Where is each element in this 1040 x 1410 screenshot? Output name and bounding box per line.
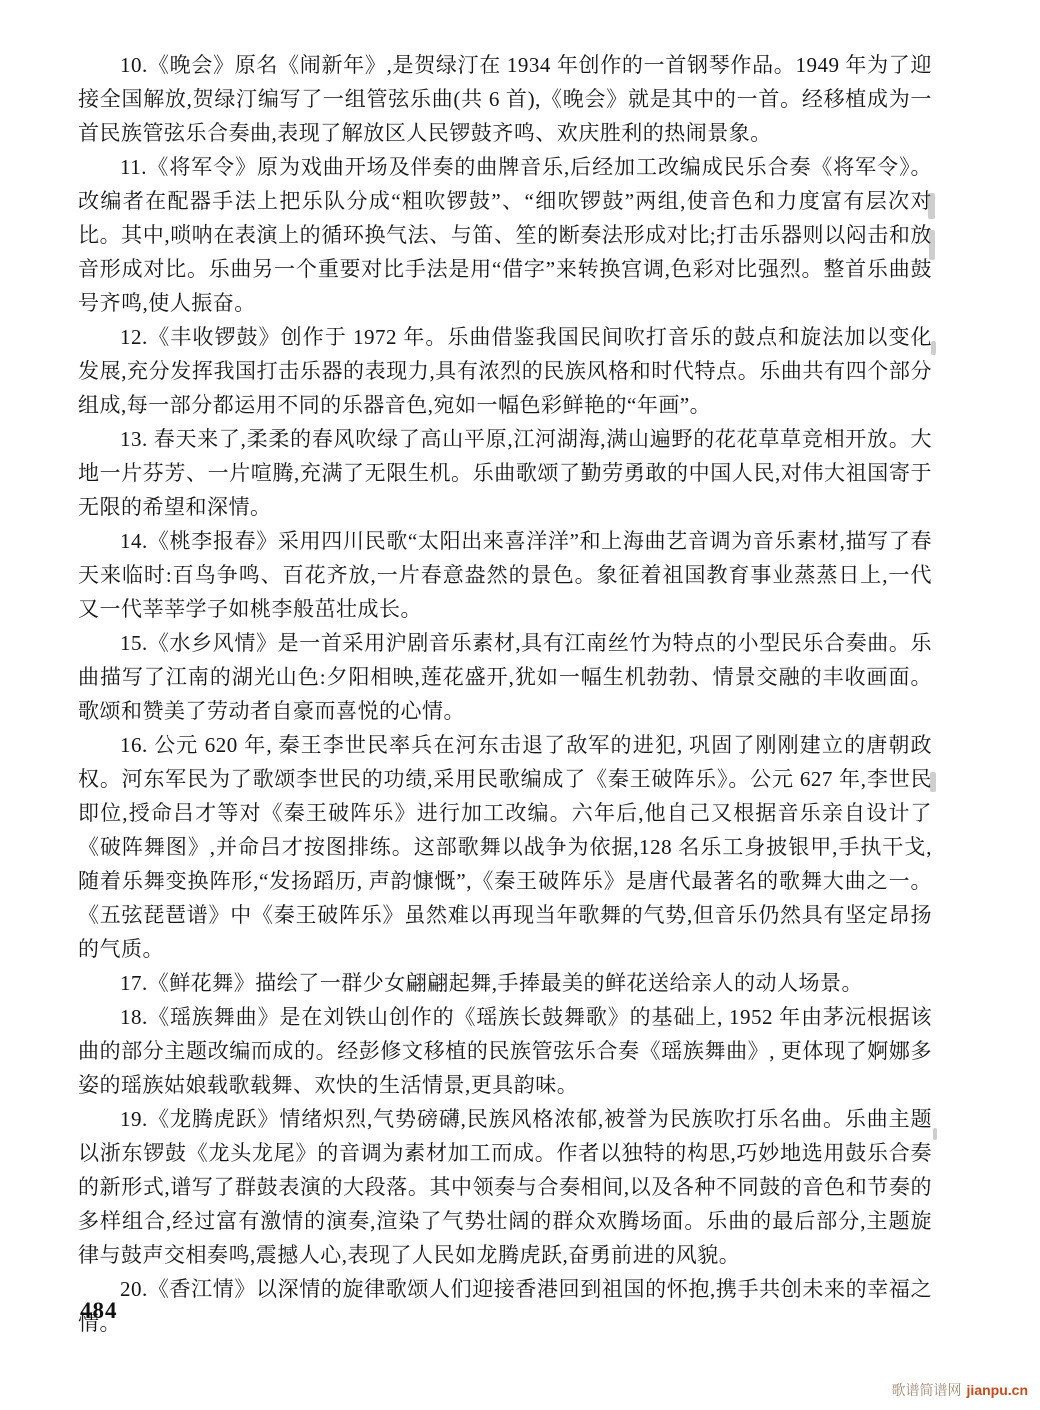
paragraph-10: 10.《晚会》原名《闹新年》,是贺绿汀在 1934 年创作的一首钢琴作品。194…: [78, 48, 932, 150]
book-page: 10.《晚会》原名《闹新年》,是贺绿汀在 1934 年创作的一首钢琴作品。194…: [0, 0, 1040, 1410]
paragraph-16: 16. 公元 620 年, 秦王李世民率兵在河东击退了敌军的进犯, 巩固了刚刚建…: [78, 728, 932, 966]
scan-artifact: [933, 1128, 937, 1140]
watermark: 歌谱简谱网jianpu.cn: [892, 1380, 1028, 1400]
scan-artifact: [929, 230, 935, 260]
scan-artifact: [928, 193, 935, 219]
paragraph-14: 14.《桃李报春》采用四川民歌“太阳出来喜洋洋”和上海曲艺音调为音乐素材,描写了…: [78, 524, 932, 626]
paragraph-17: 17.《鲜花舞》描绘了一群少女翩翩起舞,手捧最美的鲜花送给亲人的动人场景。: [78, 966, 932, 1000]
page-number: 484: [80, 1298, 118, 1324]
paragraph-20: 20.《香江情》以深情的旋律歌颂人们迎接香港回到祖国的怀抱,携手共创未来的幸福之…: [78, 1272, 932, 1340]
scan-artifact: [931, 341, 936, 355]
paragraph-19: 19.《龙腾虎跃》情绪炽烈,气势磅礴,民族风格浓郁,被誉为民族吹打乐名曲。乐曲主…: [78, 1102, 932, 1272]
scan-artifact: [930, 772, 936, 792]
text-block: 10.《晚会》原名《闹新年》,是贺绿汀在 1934 年创作的一首钢琴作品。194…: [78, 48, 932, 1340]
paragraph-13: 13. 春天来了,柔柔的春风吹绿了高山平原,江河湖海,满山遍野的花花草草竞相开放…: [78, 422, 932, 524]
watermark-site-name: 歌谱简谱网: [892, 1382, 962, 1398]
paragraph-18: 18.《瑶族舞曲》是在刘铁山创作的《瑶族长鼓舞歌》的基础上, 1952 年由茅沅…: [78, 1000, 932, 1102]
paragraph-12: 12.《丰收锣鼓》创作于 1972 年。乐曲借鉴我国民间吹打音乐的鼓点和旋法加以…: [78, 320, 932, 422]
paragraph-11: 11.《将军令》原为戏曲开场及伴奏的曲牌音乐,后经加工改编成民乐合奏《将军令》。…: [78, 150, 932, 320]
paragraph-15: 15.《水乡风情》是一首采用沪剧音乐素材,具有江南丝竹为特点的小型民乐合奏曲。乐…: [78, 626, 932, 728]
watermark-site-url: jianpu.cn: [967, 1382, 1028, 1398]
